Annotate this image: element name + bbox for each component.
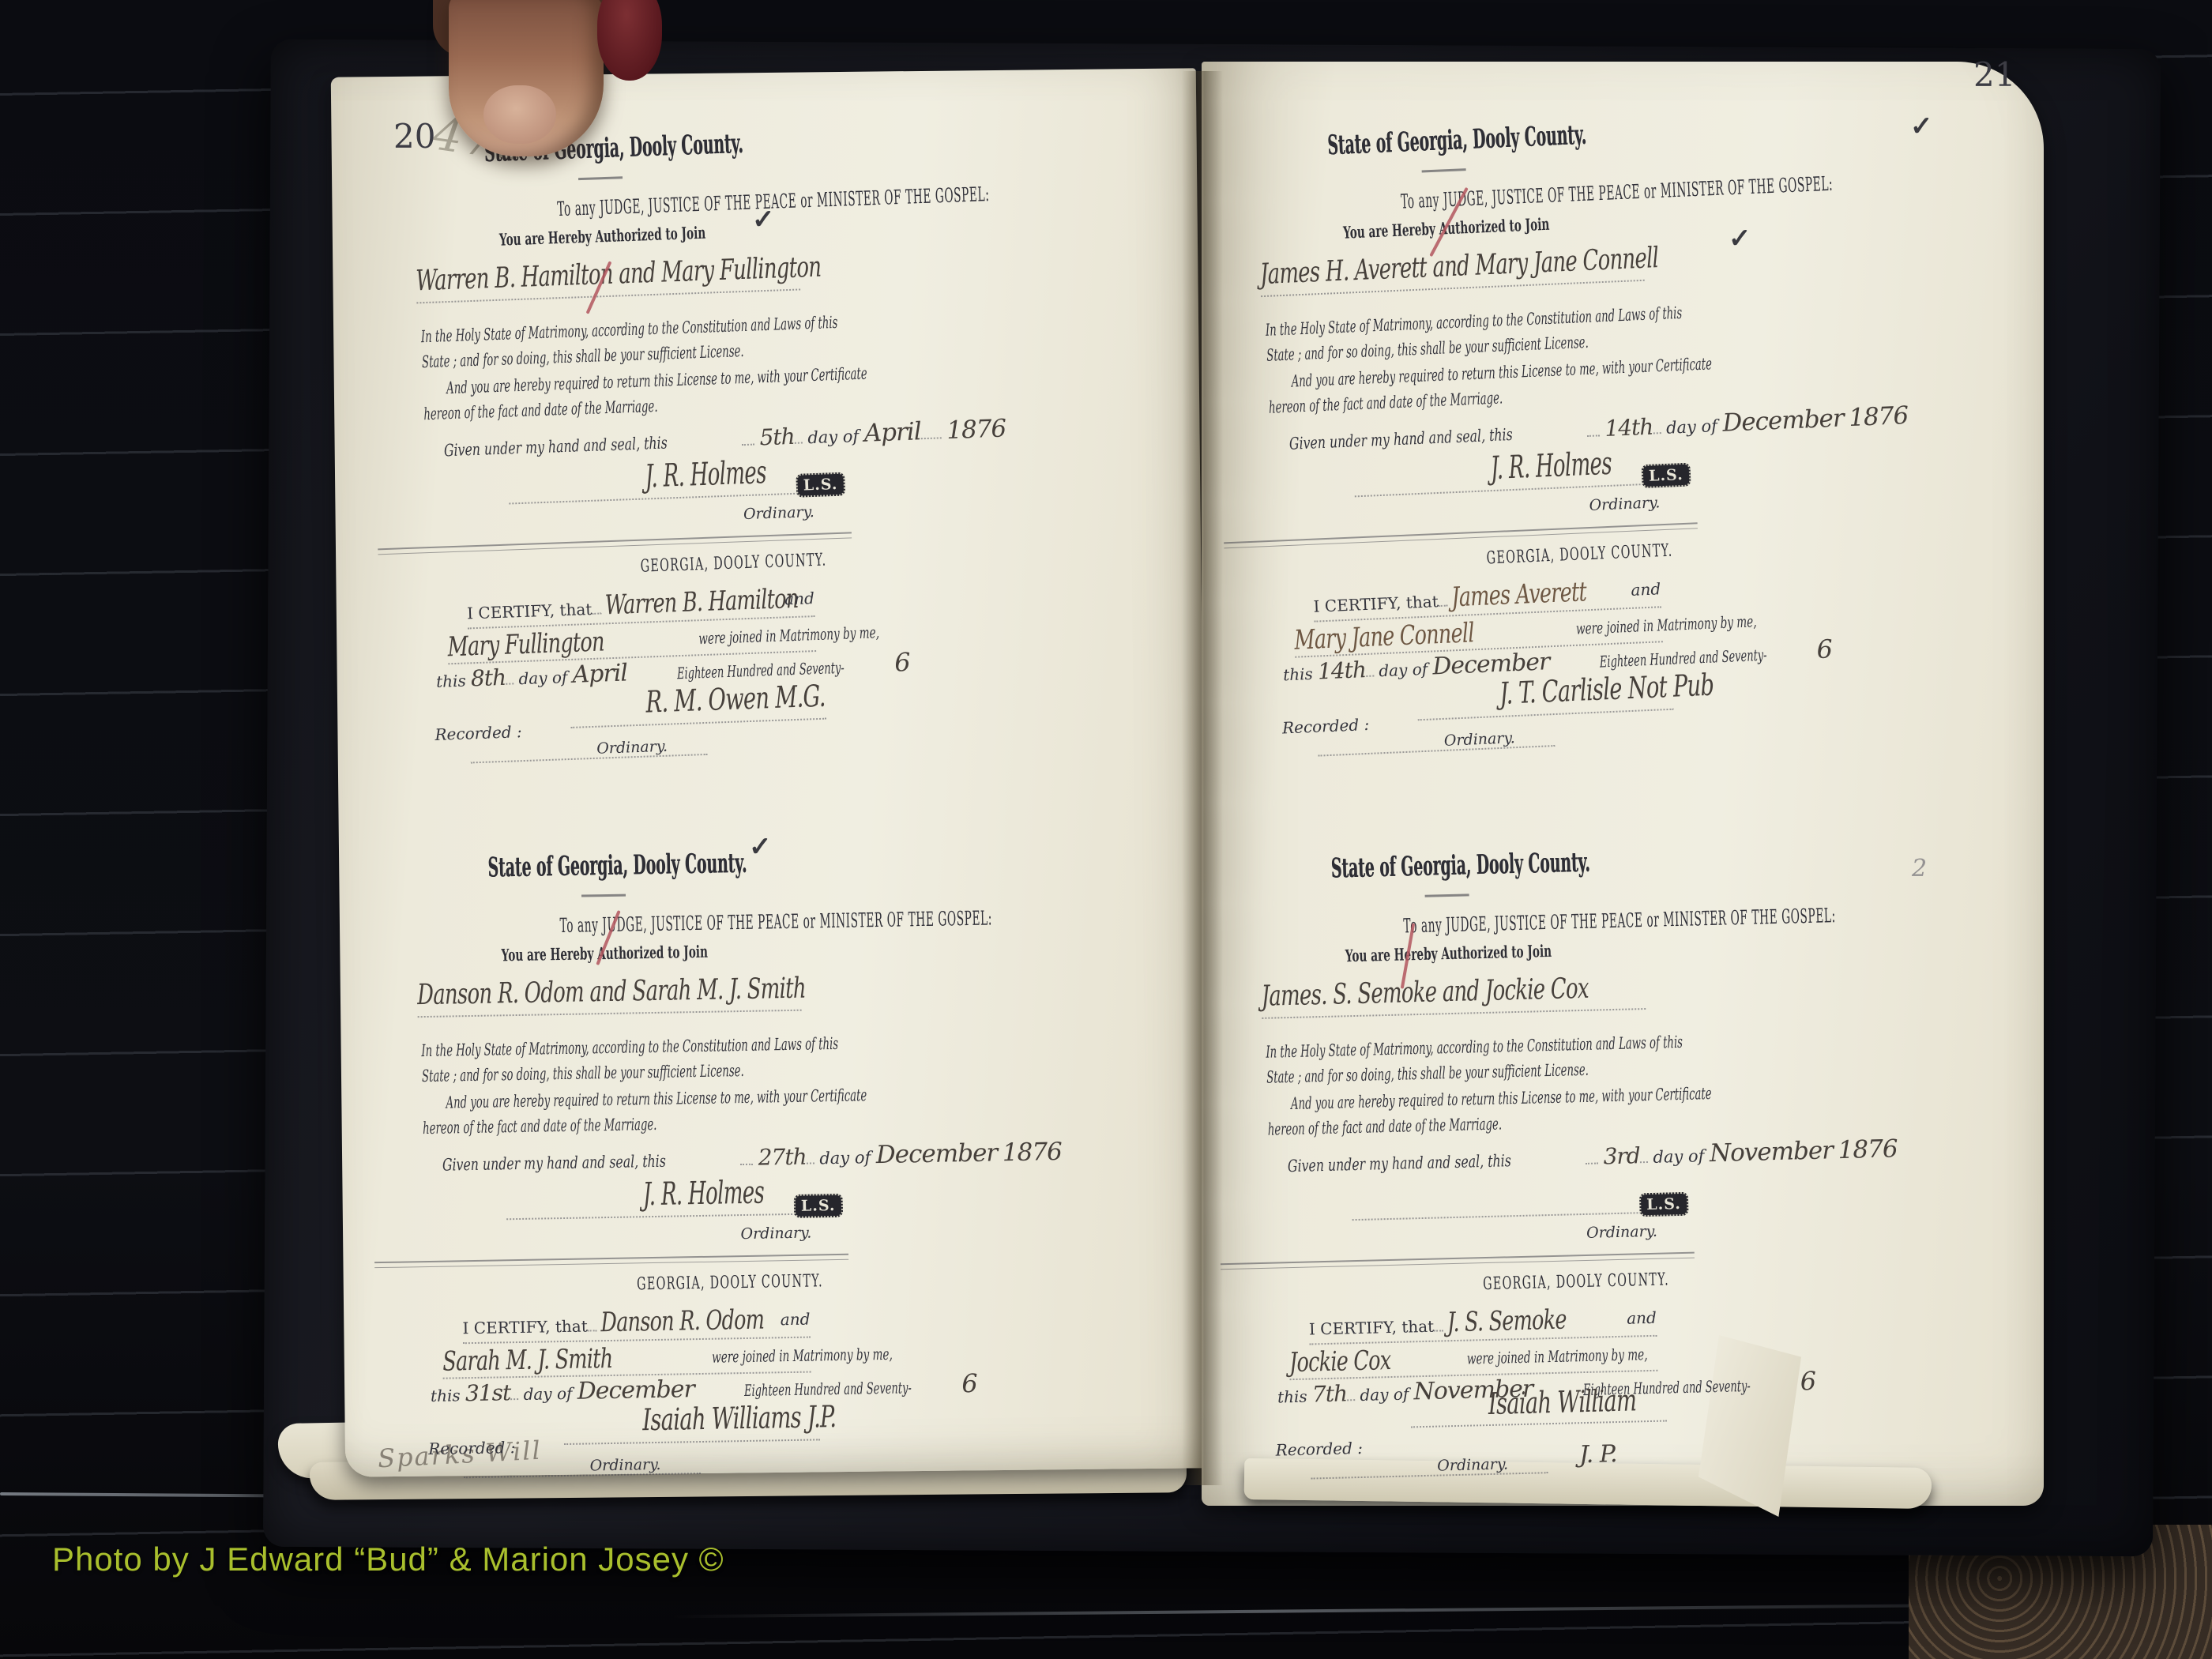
officiant-signature-handwritten: Isaiah William	[1451, 1382, 1673, 1422]
officiant-signature-handwritten: R. M. Owen M.G.	[610, 678, 832, 720]
judge-line: To any JUDGE, JUSTICE OF THE PEACE or MI…	[1226, 908, 1669, 942]
cert-year-digit-handwritten: 6	[894, 647, 911, 678]
ordinary-label: Ordinary.	[740, 1224, 811, 1243]
cert-day-handwritten: 14th	[1317, 656, 1366, 685]
ordinary-signature-handwritten: J. R. Holmes	[610, 453, 800, 496]
authorized-line: You are Hereby Authorized to Join	[1227, 938, 1669, 969]
couple-names-handwritten: James H. Averett and Mary Jane Connell	[1259, 242, 1645, 297]
cert-day-handwritten: 7th	[1312, 1380, 1348, 1407]
license-date-line: Given under my hand and seal, this 3rd d…	[1287, 1141, 1659, 1178]
marriage-record-left-bottom: State of Georgia, Dooly County. To any J…	[382, 846, 835, 1486]
cert-name1-handwritten: Danson R. Odom	[600, 1304, 764, 1339]
officiant-signature-handwritten: Isaiah Williams J.P.	[604, 1399, 826, 1438]
cert-name2-handwritten: Jockie Cox	[1289, 1345, 1391, 1379]
seal-badge: L.S.	[1641, 463, 1691, 489]
header-rule	[1425, 893, 1469, 897]
license-date-line: Given under my hand and seal, this 27th …	[442, 1142, 814, 1176]
recorded-rule	[471, 754, 708, 763]
cert-day-handwritten: 31st	[465, 1379, 511, 1406]
fingernail	[483, 85, 556, 144]
cert-year-digit-handwritten: 6	[961, 1368, 977, 1398]
section-divider	[1221, 1252, 1695, 1270]
check-mark: ✓	[1729, 223, 1751, 254]
license-month-handwritten: December	[876, 1138, 998, 1169]
recorded-label: Recorded :	[1282, 715, 1370, 738]
license-year-handwritten: 1876	[1003, 1138, 1063, 1167]
cert-year-digit-handwritten: 6	[1800, 1366, 1815, 1396]
county-caption: GEORGIA, DOOLY COUNTY.	[1436, 541, 1674, 571]
license-month-handwritten: November	[1710, 1136, 1834, 1168]
signature-rule	[1418, 709, 1674, 721]
cert-year-digit-handwritten: 6	[1816, 634, 1833, 664]
check-mark: ✓	[1910, 111, 1933, 142]
body-line: hereon of the fact and date of the Marri…	[423, 392, 796, 423]
marriage-record-right-bottom: State of Georgia, Dooly County. To any J…	[1224, 845, 1682, 1487]
license-month-handwritten: April	[863, 417, 921, 447]
cert-name1-handwritten: Warren B. Hamilton	[605, 583, 799, 622]
recorded-rule	[1311, 1472, 1548, 1479]
county-caption: GEORGIA, DOOLY COUNTY.	[590, 550, 828, 577]
ordinary-signature-handwritten: J. R. Holmes	[1456, 444, 1647, 488]
ordinary-label: Ordinary.	[589, 1456, 660, 1475]
ordinary-label: Ordinary.	[596, 738, 668, 758]
signature-rule	[564, 1439, 820, 1445]
cert-name1-handwritten: James Averett	[1451, 576, 1587, 613]
ordinary-signature-handwritten: J. R. Holmes	[608, 1174, 799, 1213]
license-day-handwritten: 14th	[1604, 414, 1653, 442]
license-day-handwritten: 5th	[759, 423, 795, 451]
cert-name1-handwritten: J. S. Semoke	[1447, 1304, 1567, 1339]
marriage-register-photo: 58 58 58 51 56 55 58 56 55 58 55 56 58 5…	[0, 0, 2212, 1659]
photo-credit: Photo by J Edward “Bud” & Marion Josey ©	[52, 1540, 724, 1578]
ordinary-label: Ordinary.	[1586, 1223, 1657, 1242]
book-gutter	[1182, 71, 1223, 1485]
cert-name2-handwritten: Sarah M. J. Smith	[442, 1343, 613, 1378]
cert-name2-handwritten: Mary Fullington	[447, 626, 604, 663]
ordinary-label: Ordinary.	[1589, 494, 1661, 514]
cert-month-handwritten: April	[572, 659, 628, 688]
signature-rule	[506, 1213, 796, 1220]
license-month-handwritten: December	[1722, 404, 1845, 437]
section-divider	[374, 1254, 848, 1268]
recorded-label: Recorded :	[434, 722, 522, 744]
check-mark: ✓	[749, 831, 772, 863]
seal-badge: L.S.	[794, 1194, 843, 1218]
seal-badge: L.S.	[1639, 1192, 1688, 1217]
couple-names-handwritten: Warren B. Hamilton and Mary Fullington	[416, 250, 800, 303]
judge-line: To any JUDGE, JUSTICE OF THE PEACE or MI…	[382, 909, 825, 940]
body-line: hereon of the fact and date of the Marri…	[1268, 1111, 1640, 1138]
recorded-label: Recorded :	[428, 1438, 516, 1458]
header-rule	[578, 176, 623, 180]
recorded-rule	[464, 1473, 701, 1478]
license-year-handwritten: 1876	[1849, 401, 1909, 432]
license-year-handwritten: 1876	[946, 415, 1006, 446]
license-year-handwritten: 1876	[1838, 1134, 1898, 1164]
pencil-mark: 2	[1912, 855, 1927, 882]
ordinary-signature-handwritten	[1454, 1172, 1644, 1213]
body-line: hereon of the fact and date of the Marri…	[423, 1112, 795, 1138]
ordinary-label: Ordinary.	[1437, 1455, 1508, 1474]
couple-names-handwritten: Danson R. Odom and Sarah M. J. Smith	[417, 972, 802, 1018]
header-rule	[1422, 168, 1466, 172]
header-rule	[581, 894, 626, 897]
county-caption: GEORGIA, DOOLY COUNTY.	[586, 1271, 823, 1295]
officiant-title-handwritten: J. P.	[1579, 1440, 1617, 1469]
right-page-number: 21	[1973, 55, 2015, 94]
check-mark: ✓	[752, 204, 775, 235]
signature-rule	[1411, 1420, 1667, 1428]
license-day-handwritten: 3rd	[1603, 1142, 1640, 1169]
seal-badge: L.S.	[796, 472, 845, 498]
license-day-handwritten: 27th	[758, 1144, 806, 1171]
cert-month-handwritten: December	[577, 1375, 694, 1405]
couple-names-handwritten: James. S. Semoke and Jockie Cox	[1261, 970, 1646, 1019]
cert-day-handwritten: 8th	[470, 664, 506, 692]
signature-rule	[1352, 1212, 1642, 1221]
county-caption: GEORGIA, DOOLY COUNTY.	[1432, 1270, 1670, 1295]
recorded-label: Recorded :	[1275, 1439, 1363, 1460]
signature-rule	[570, 718, 826, 728]
ordinary-label: Ordinary.	[743, 503, 815, 523]
